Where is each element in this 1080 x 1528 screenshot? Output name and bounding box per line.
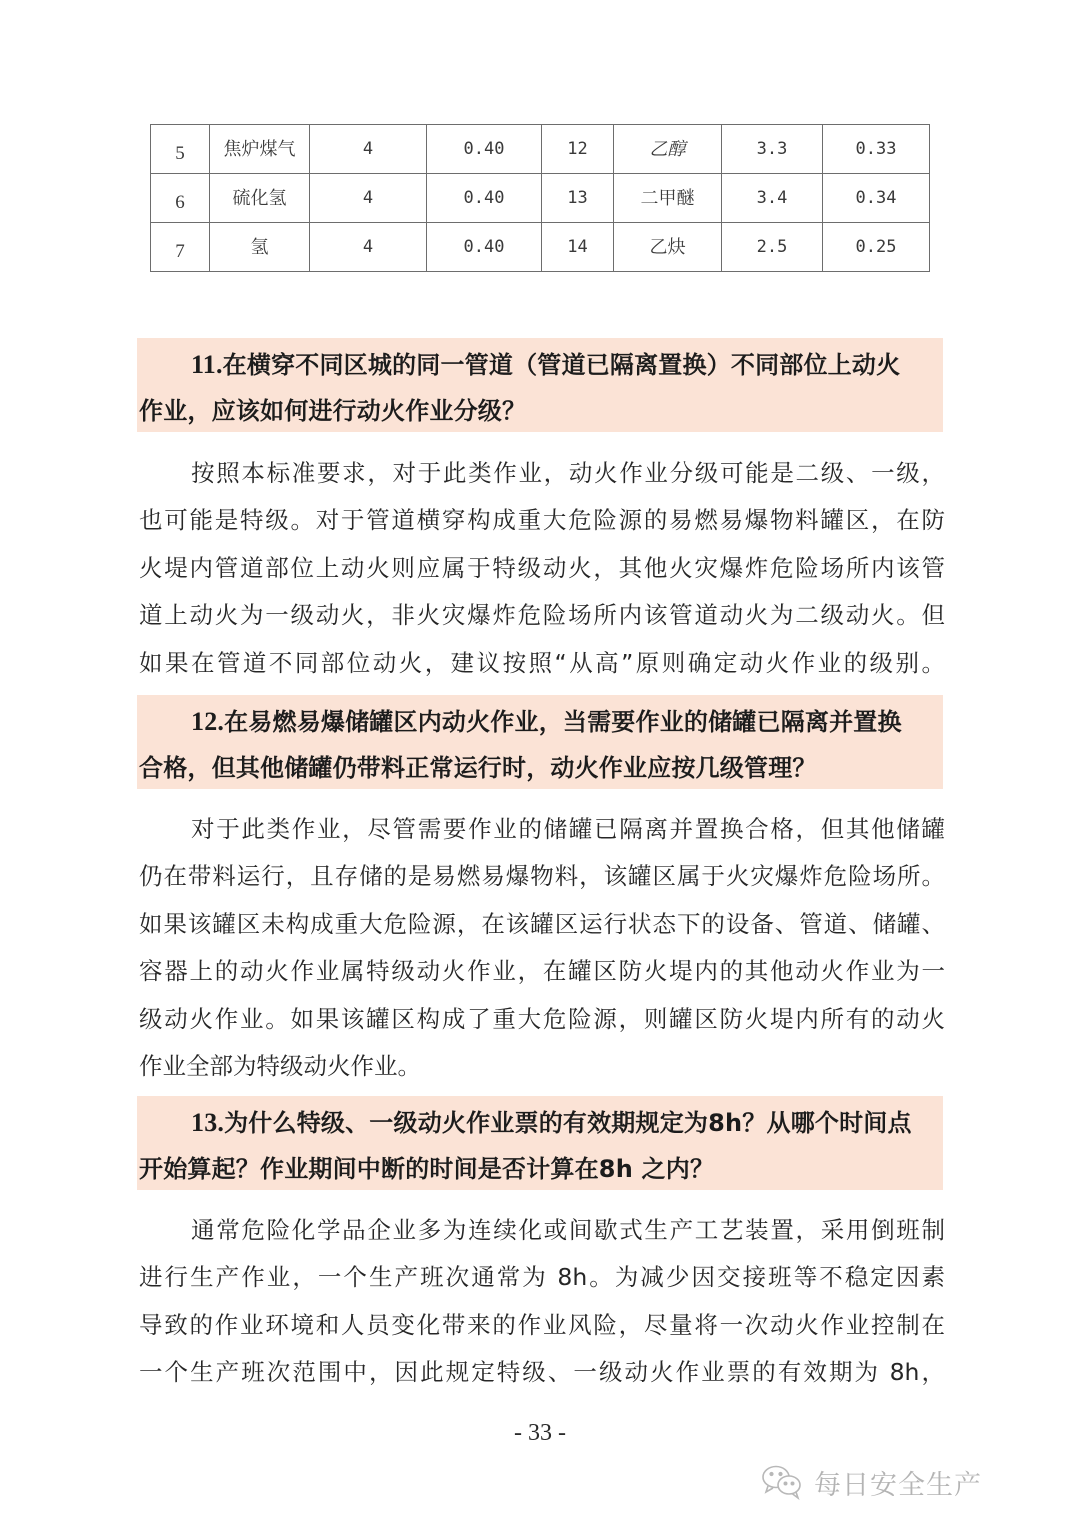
table-row: 5 焦炉煤气 4 0.40 12 乙醇 3.3 0.33 [151,125,930,174]
question-line: 11.在横穿不同区城的同一管道（管道已隔离置换）不同部位上动火 [139,342,943,388]
table-cell-index: 5 [151,125,210,174]
paragraph-line: 一个生产班次范围中，因此规定特级、一级动火作业票的有效期为 8h， [139,1349,945,1396]
paragraph-line: 如果该罐区未构成重大危险源，在该罐区运行状态下的设备、管道、储罐、 [139,901,945,948]
paragraph-line: 对于此类作业，尽管需要作业的储罐已隔离并置换合格，但其他储罐 [139,806,945,853]
table-cell-index: 13 [542,174,614,223]
table-cell-coefficient: 0.34 [823,174,930,223]
table-cell-index: 7 [151,223,210,272]
wechat-icon [760,1463,806,1501]
paragraph-line: 导致的作业环境和人员变化带来的作业风险，尽量将一次动火作业控制在 [139,1302,945,1349]
table-cell-name: 焦炉煤气 [210,125,310,174]
paragraph-line: 仍在带料运行，且存储的是易燃易爆物料，该罐区属于火灾爆炸危险场所。 [139,853,945,900]
table-cell-value: 3.4 [722,174,823,223]
table-cell-name: 二甲醚 [614,174,722,223]
question-text: 在横穿不同区城的同一管道（管道已隔离置换）不同部位上动火 [223,351,901,379]
table-cell-value: 2.5 [722,223,823,272]
question-12-heading: 12.在易燃易爆储罐区内动火作业，当需要作业的储罐已隔离并置换 合格，但其他储罐… [137,695,943,789]
question-number: 12. [191,707,224,736]
question-text: 为什么特级、一级动火作业票的有效期规定为8h？从哪个时间点 [224,1109,912,1137]
question-line: 作业，应该如何进行动火作业分级？ [139,388,943,434]
paragraph-line: 火堤内管道部位上动火则应属于特级动火，其他火灾爆炸危险场所内该管 [139,545,945,592]
question-number: 13. [191,1108,224,1137]
table-cell-name: 氢 [210,223,310,272]
table-cell-coefficient: 0.33 [823,125,930,174]
table-cell-coefficient: 0.25 [823,223,930,272]
watermark-text: 每日安全生产 [814,1463,982,1502]
table-cell-name: 硫化氢 [210,174,310,223]
paragraph-line: 级动火作业。如果该罐区构成了重大危险源，则罐区防火堤内所有的动火 [139,996,945,1043]
question-number: 11. [191,350,223,379]
gas-coefficient-table: 5 焦炉煤气 4 0.40 12 乙醇 3.3 0.33 6 硫化氢 4 0.4… [150,124,930,272]
question-13-heading: 13.为什么特级、一级动火作业票的有效期规定为8h？从哪个时间点 开始算起？作业… [137,1096,943,1190]
table-cell-value: 4 [310,223,427,272]
table-cell-coefficient: 0.40 [427,125,542,174]
table-cell-value: 3.3 [722,125,823,174]
paragraph-line: 容器上的动火作业属特级动火作业，在罐区防火堤内的其他动火作业为一 [139,948,945,995]
paragraph-line: 进行生产作业，一个生产班次通常为 8h。为减少因交接班等不稳定因素 [139,1254,945,1301]
table-cell-index: 12 [542,125,614,174]
question-11-heading: 11.在横穿不同区城的同一管道（管道已隔离置换）不同部位上动火 作业，应该如何进… [137,338,943,432]
paragraph-line: 通常危险化学品企业多为连续化或间歇式生产工艺装置，采用倒班制 [139,1207,945,1254]
table-cell-value: 4 [310,174,427,223]
watermark: 每日安全生产 [760,1462,982,1502]
table-cell-value: 4 [310,125,427,174]
paragraph-line: 如果在管道不同部位动火，建议按照“从高”原则确定动火作业的级别。 [139,640,945,687]
answer-12-paragraph: 对于此类作业，尽管需要作业的储罐已隔离并置换合格，但其他储罐 仍在带料运行，且存… [139,806,945,1090]
document-page: 5 焦炉煤气 4 0.40 12 乙醇 3.3 0.33 6 硫化氢 4 0.4… [0,0,1080,1528]
question-line: 13.为什么特级、一级动火作业票的有效期规定为8h？从哪个时间点 [139,1100,943,1146]
table-row: 6 硫化氢 4 0.40 13 二甲醚 3.4 0.34 [151,174,930,223]
paragraph-line: 作业全部为特级动火作业。 [139,1043,945,1090]
table-cell-index: 6 [151,174,210,223]
question-line: 合格，但其他储罐仍带料正常运行时，动火作业应按几级管理？ [139,745,943,791]
answer-11-paragraph: 按照本标准要求，对于此类作业，动火作业分级可能是二级、一级， 也可能是特级。对于… [139,450,945,687]
question-line: 开始算起？作业期间中断的时间是否计算在8h 之内？ [139,1146,943,1192]
table-cell-index: 14 [542,223,614,272]
paragraph-line: 也可能是特级。对于管道横穿构成重大危险源的易燃易爆物料罐区，在防 [139,497,945,544]
paragraph-line: 按照本标准要求，对于此类作业，动火作业分级可能是二级、一级， [139,450,945,497]
table-cell-coefficient: 0.40 [427,223,542,272]
table-cell-name: 乙醇 [614,125,722,174]
question-line: 12.在易燃易爆储罐区内动火作业，当需要作业的储罐已隔离并置换 [139,699,943,745]
table-row: 7 氢 4 0.40 14 乙炔 2.5 0.25 [151,223,930,272]
table-cell-name: 乙炔 [614,223,722,272]
table-cell-coefficient: 0.40 [427,174,542,223]
answer-13-paragraph: 通常危险化学品企业多为连续化或间歇式生产工艺装置，采用倒班制 进行生产作业，一个… [139,1207,945,1397]
page-number: - 33 - [490,1420,590,1447]
paragraph-line: 道上动火为一级动火，非火灾爆炸危险场所内该管道动火为二级动火。但 [139,592,945,639]
question-text: 在易燃易爆储罐区内动火作业，当需要作业的储罐已隔离并置换 [224,708,902,736]
